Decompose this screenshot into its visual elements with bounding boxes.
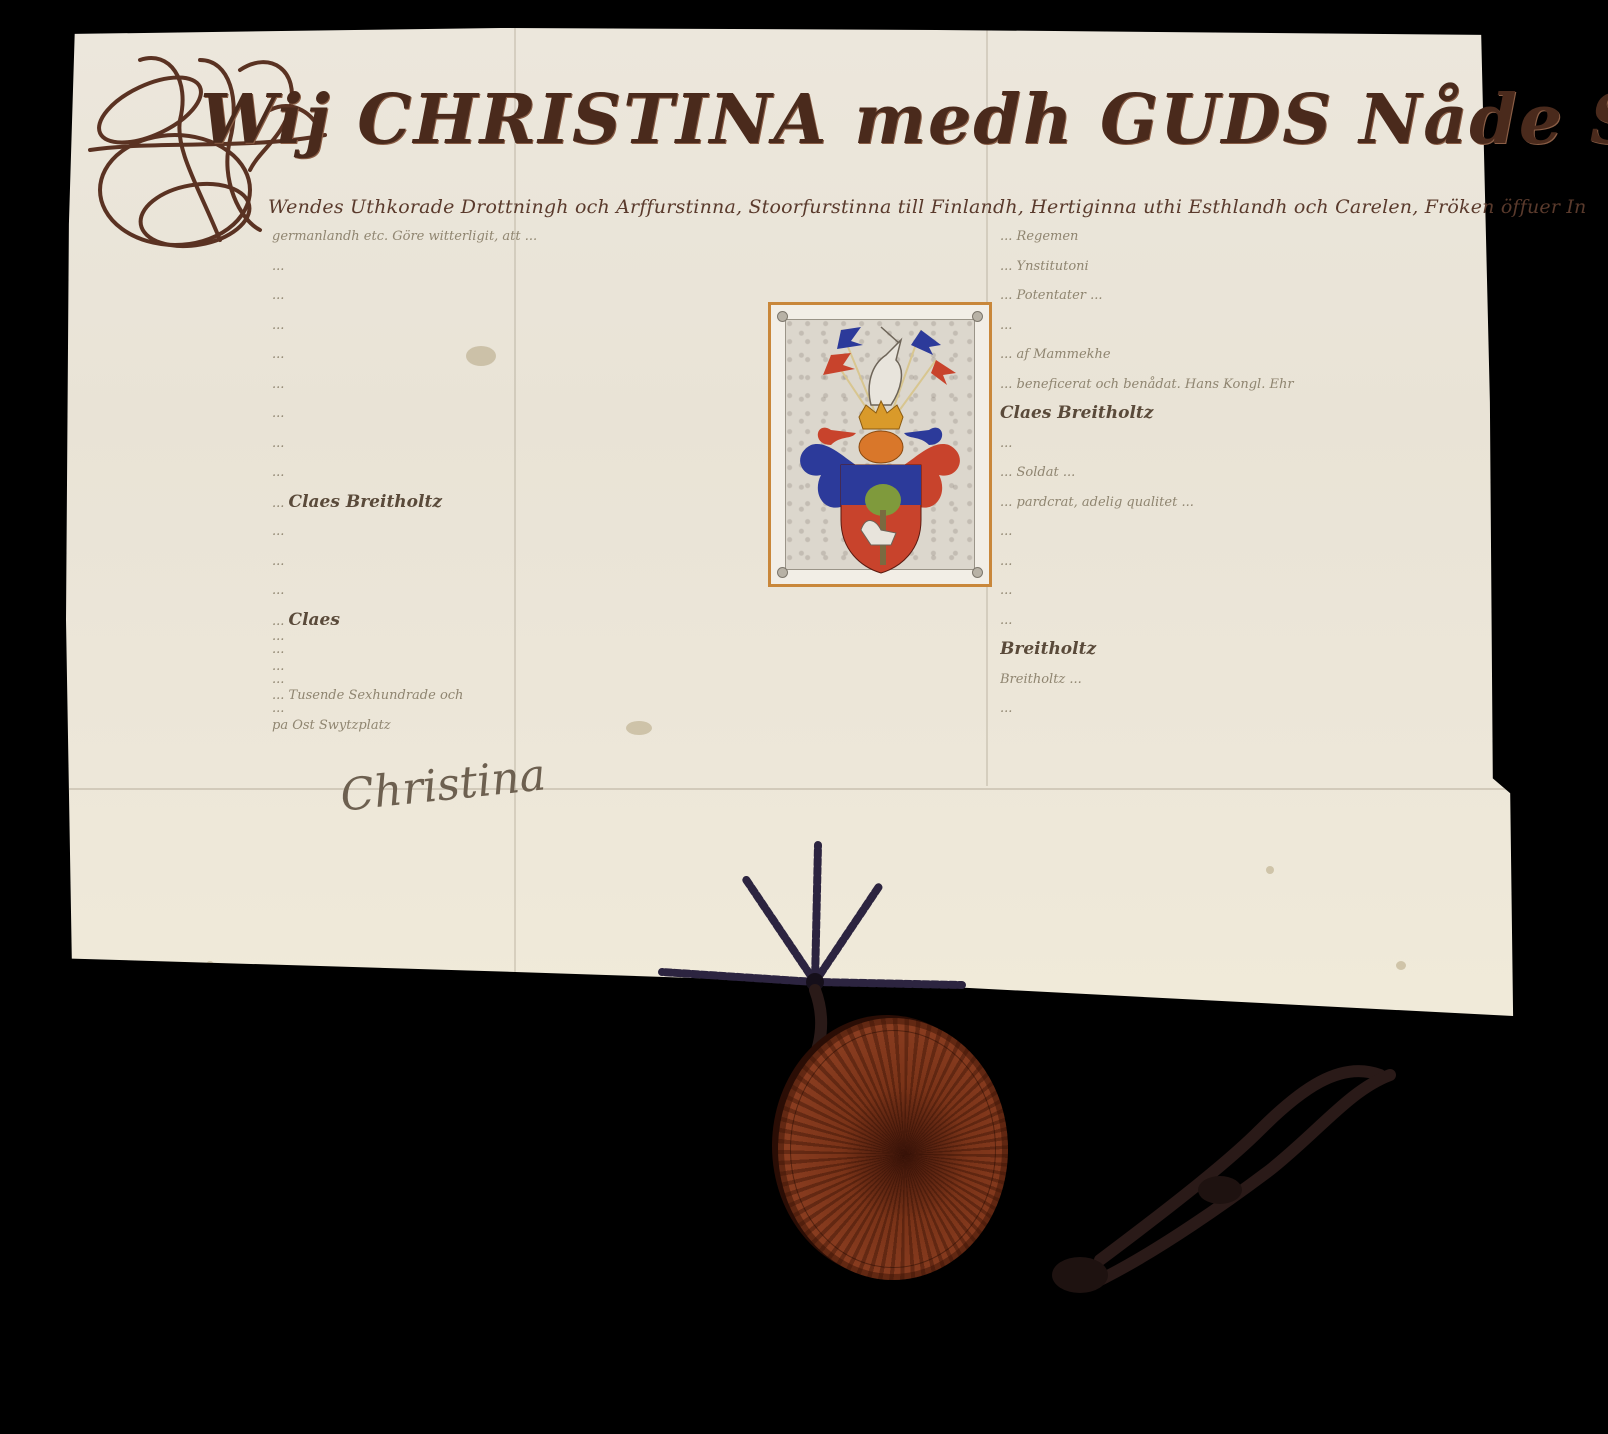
text-line: Claes Breitholtz (1000, 399, 1510, 429)
text-line: ... (272, 517, 752, 547)
document-heading: Wij CHRISTINA medh GUDS Nåde Swerjges Gö… (200, 80, 1460, 160)
text-line: ... (272, 370, 752, 400)
text-line: ... Tusende Sexhundrade och (272, 681, 1512, 711)
text-line: germanlandh etc. Göre witterligit, att .… (272, 222, 752, 252)
text-line: ... Soldat ... (1000, 458, 1510, 488)
text-line: ... (1000, 429, 1510, 459)
stain (1396, 961, 1406, 970)
grantee-name: Claes Breitholtz (289, 492, 442, 512)
heraldry-icon (771, 305, 989, 584)
text-line: ... (272, 622, 1512, 652)
text-line: ... Regemen (1000, 222, 1510, 252)
text-line: ... pardcrat, adelig qualitet ... (1000, 488, 1510, 518)
text-line: ... (272, 311, 752, 341)
coat-of-arms (768, 302, 992, 587)
wax-seal (778, 1018, 1008, 1280)
grantee-name: Claes Breitholtz (1000, 403, 1153, 423)
text-line: ... (272, 252, 752, 282)
body-text-bottom: ... ... ... Tusende Sexhundrade och pa O… (272, 622, 1512, 742)
text-line: ... (272, 458, 752, 488)
text-line: ... (272, 340, 752, 370)
stain (206, 961, 214, 969)
text-line: ... (1000, 517, 1510, 547)
text-line: ... (1000, 576, 1510, 606)
text-line: ... (272, 281, 752, 311)
text-fragment: ... (272, 496, 284, 511)
stain (1266, 866, 1274, 874)
text-line: ... (1000, 547, 1510, 577)
text-line: ... (272, 652, 1512, 682)
text-line: ... (272, 399, 752, 429)
seal-ring (790, 1030, 996, 1268)
document-subheading: Wendes Uthkorade Drottningh och Arffurst… (268, 196, 1508, 218)
text-line: ... Ynstitutoni (1000, 252, 1510, 282)
text-line: ... (272, 429, 752, 459)
text-line: ... af Mammekhe (1000, 340, 1510, 370)
fold-line (66, 788, 1516, 790)
text-line: ... (272, 547, 752, 577)
text-line: pa Ost Swytzplatz (272, 711, 1512, 741)
text-line: ... Claes Breitholtz (272, 488, 752, 518)
text-line: ... (1000, 311, 1510, 341)
text-line: ... (272, 576, 752, 606)
text-line: ... beneficerat och benådat. Hans Kongl.… (1000, 370, 1510, 400)
text-line: ... Potentater ... (1000, 281, 1510, 311)
